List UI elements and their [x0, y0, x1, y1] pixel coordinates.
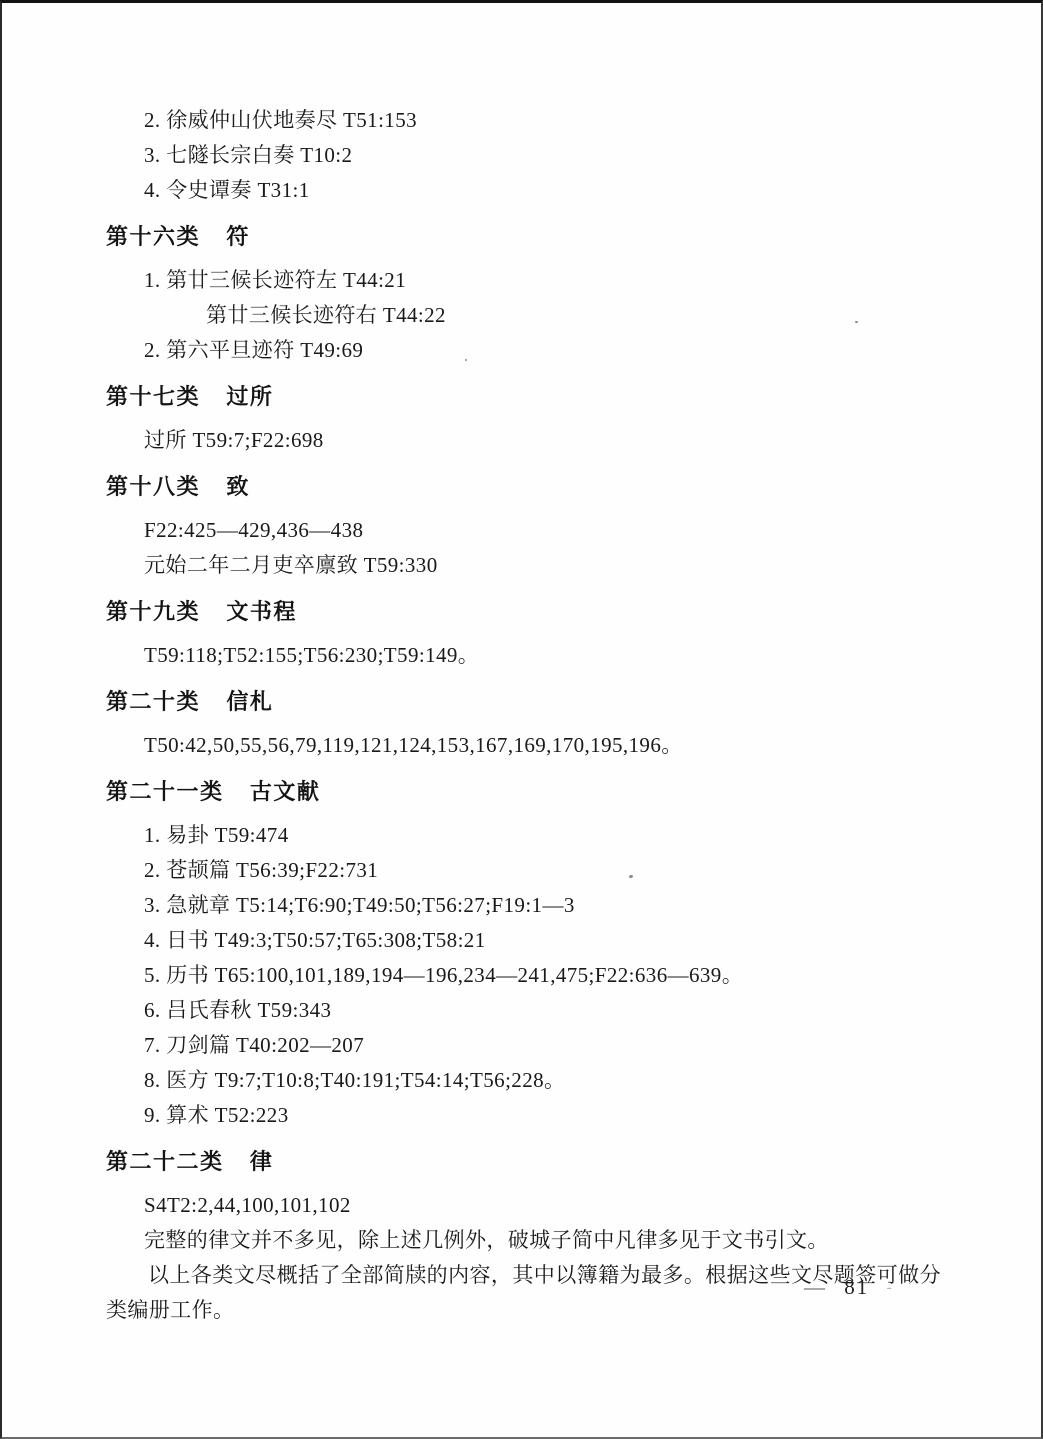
entry-line: 2. 第六平旦迹符 T49:69 [144, 333, 941, 368]
section-title: 过所 [226, 384, 273, 409]
entry-line: 1. 第廿三候长迹符左 T44:21 [144, 263, 941, 298]
entry-line: 4. 令史谭奏 T31:1 [144, 173, 941, 208]
entry-line: 2. 徐威仲山伏地奏尽 T51:153 [144, 103, 941, 138]
section-heading: 第十七类过所 [106, 383, 941, 411]
entry-line: T50:42,50,55,56,79,119,121,124,153,167,1… [144, 728, 941, 763]
section-heading: 第二十二类律 [106, 1148, 941, 1176]
page-number: — 81 - [804, 1275, 894, 1300]
section-title: 文书程 [226, 599, 297, 624]
section-number-label: 第二十一类 [106, 779, 224, 804]
entry-line: 元始二年二月吏卒廪致 T59:330 [144, 548, 941, 583]
scan-speck [465, 359, 467, 361]
scanned-book-page: 2. 徐威仲山伏地奏尽 T51:1533. 七隧长宗白奏 T10:24. 令史谭… [0, 0, 1043, 1439]
entry-line: 完整的律文并不多见，除上述几例外，破城子简中凡律多见于文书引文。 [144, 1223, 941, 1258]
entry-line: S4T2:2,44,100,101,102 [144, 1188, 941, 1223]
scan-speck [855, 321, 858, 323]
section-title: 符 [226, 224, 250, 249]
entry-line: 第廿三候长迹符右 T44:22 [206, 298, 941, 333]
page-number-dash-left: — [804, 1275, 827, 1299]
section-number-label: 第十七类 [106, 384, 200, 409]
section-heading: 第二十一类古文献 [106, 778, 941, 806]
entry-line: 3. 七隧长宗白奏 T10:2 [144, 138, 941, 173]
entry-line: 5. 历书 T65:100,101,189,194—196,234—241,47… [144, 958, 941, 993]
section-title: 古文献 [250, 779, 321, 804]
section-number-label: 第十九类 [106, 599, 200, 624]
entry-line: 4. 日书 T49:3;T50:57;T65:308;T58:21 [144, 923, 941, 958]
section-heading: 第十六类符 [106, 223, 941, 251]
page-content: 2. 徐威仲山伏地奏尽 T51:1533. 七隧长宗白奏 T10:24. 令史谭… [2, 3, 1041, 1328]
section-number-label: 第二十二类 [106, 1149, 224, 1174]
section-title: 信札 [226, 689, 273, 714]
section-heading: 第二十类信札 [106, 688, 941, 716]
entry-line: 6. 吕氏春秋 T59:343 [144, 993, 941, 1028]
section-title: 律 [250, 1149, 274, 1174]
section-heading: 第十八类致 [106, 473, 941, 501]
section-heading: 第十九类文书程 [106, 598, 941, 626]
entry-line: 9. 算术 T52:223 [144, 1098, 941, 1133]
entry-line: F22:425—429,436—438 [144, 513, 941, 548]
page-number-value: 81 [844, 1275, 869, 1299]
section-number-label: 第十八类 [106, 474, 200, 499]
section-number-label: 第二十类 [106, 689, 200, 714]
entry-line: 2. 苍颉篇 T56:39;F22:731 [144, 853, 941, 888]
section-title: 致 [226, 474, 250, 499]
entry-line: 8. 医方 T9:7;T10:8;T40:191;T54:14;T56;228。 [144, 1063, 941, 1098]
entry-line: 3. 急就章 T5:14;T6:90;T49:50;T56:27;F19:1—3 [144, 888, 941, 923]
page-number-dash-right: - [887, 1279, 894, 1296]
entry-line: T59:118;T52:155;T56:230;T59:149。 [144, 638, 941, 673]
section-number-label: 第十六类 [106, 224, 200, 249]
entry-line: 7. 刀剑篇 T40:202—207 [144, 1028, 941, 1063]
entry-line: 1. 易卦 T59:474 [144, 818, 941, 853]
entry-line: 过所 T59:7;F22:698 [144, 423, 941, 458]
